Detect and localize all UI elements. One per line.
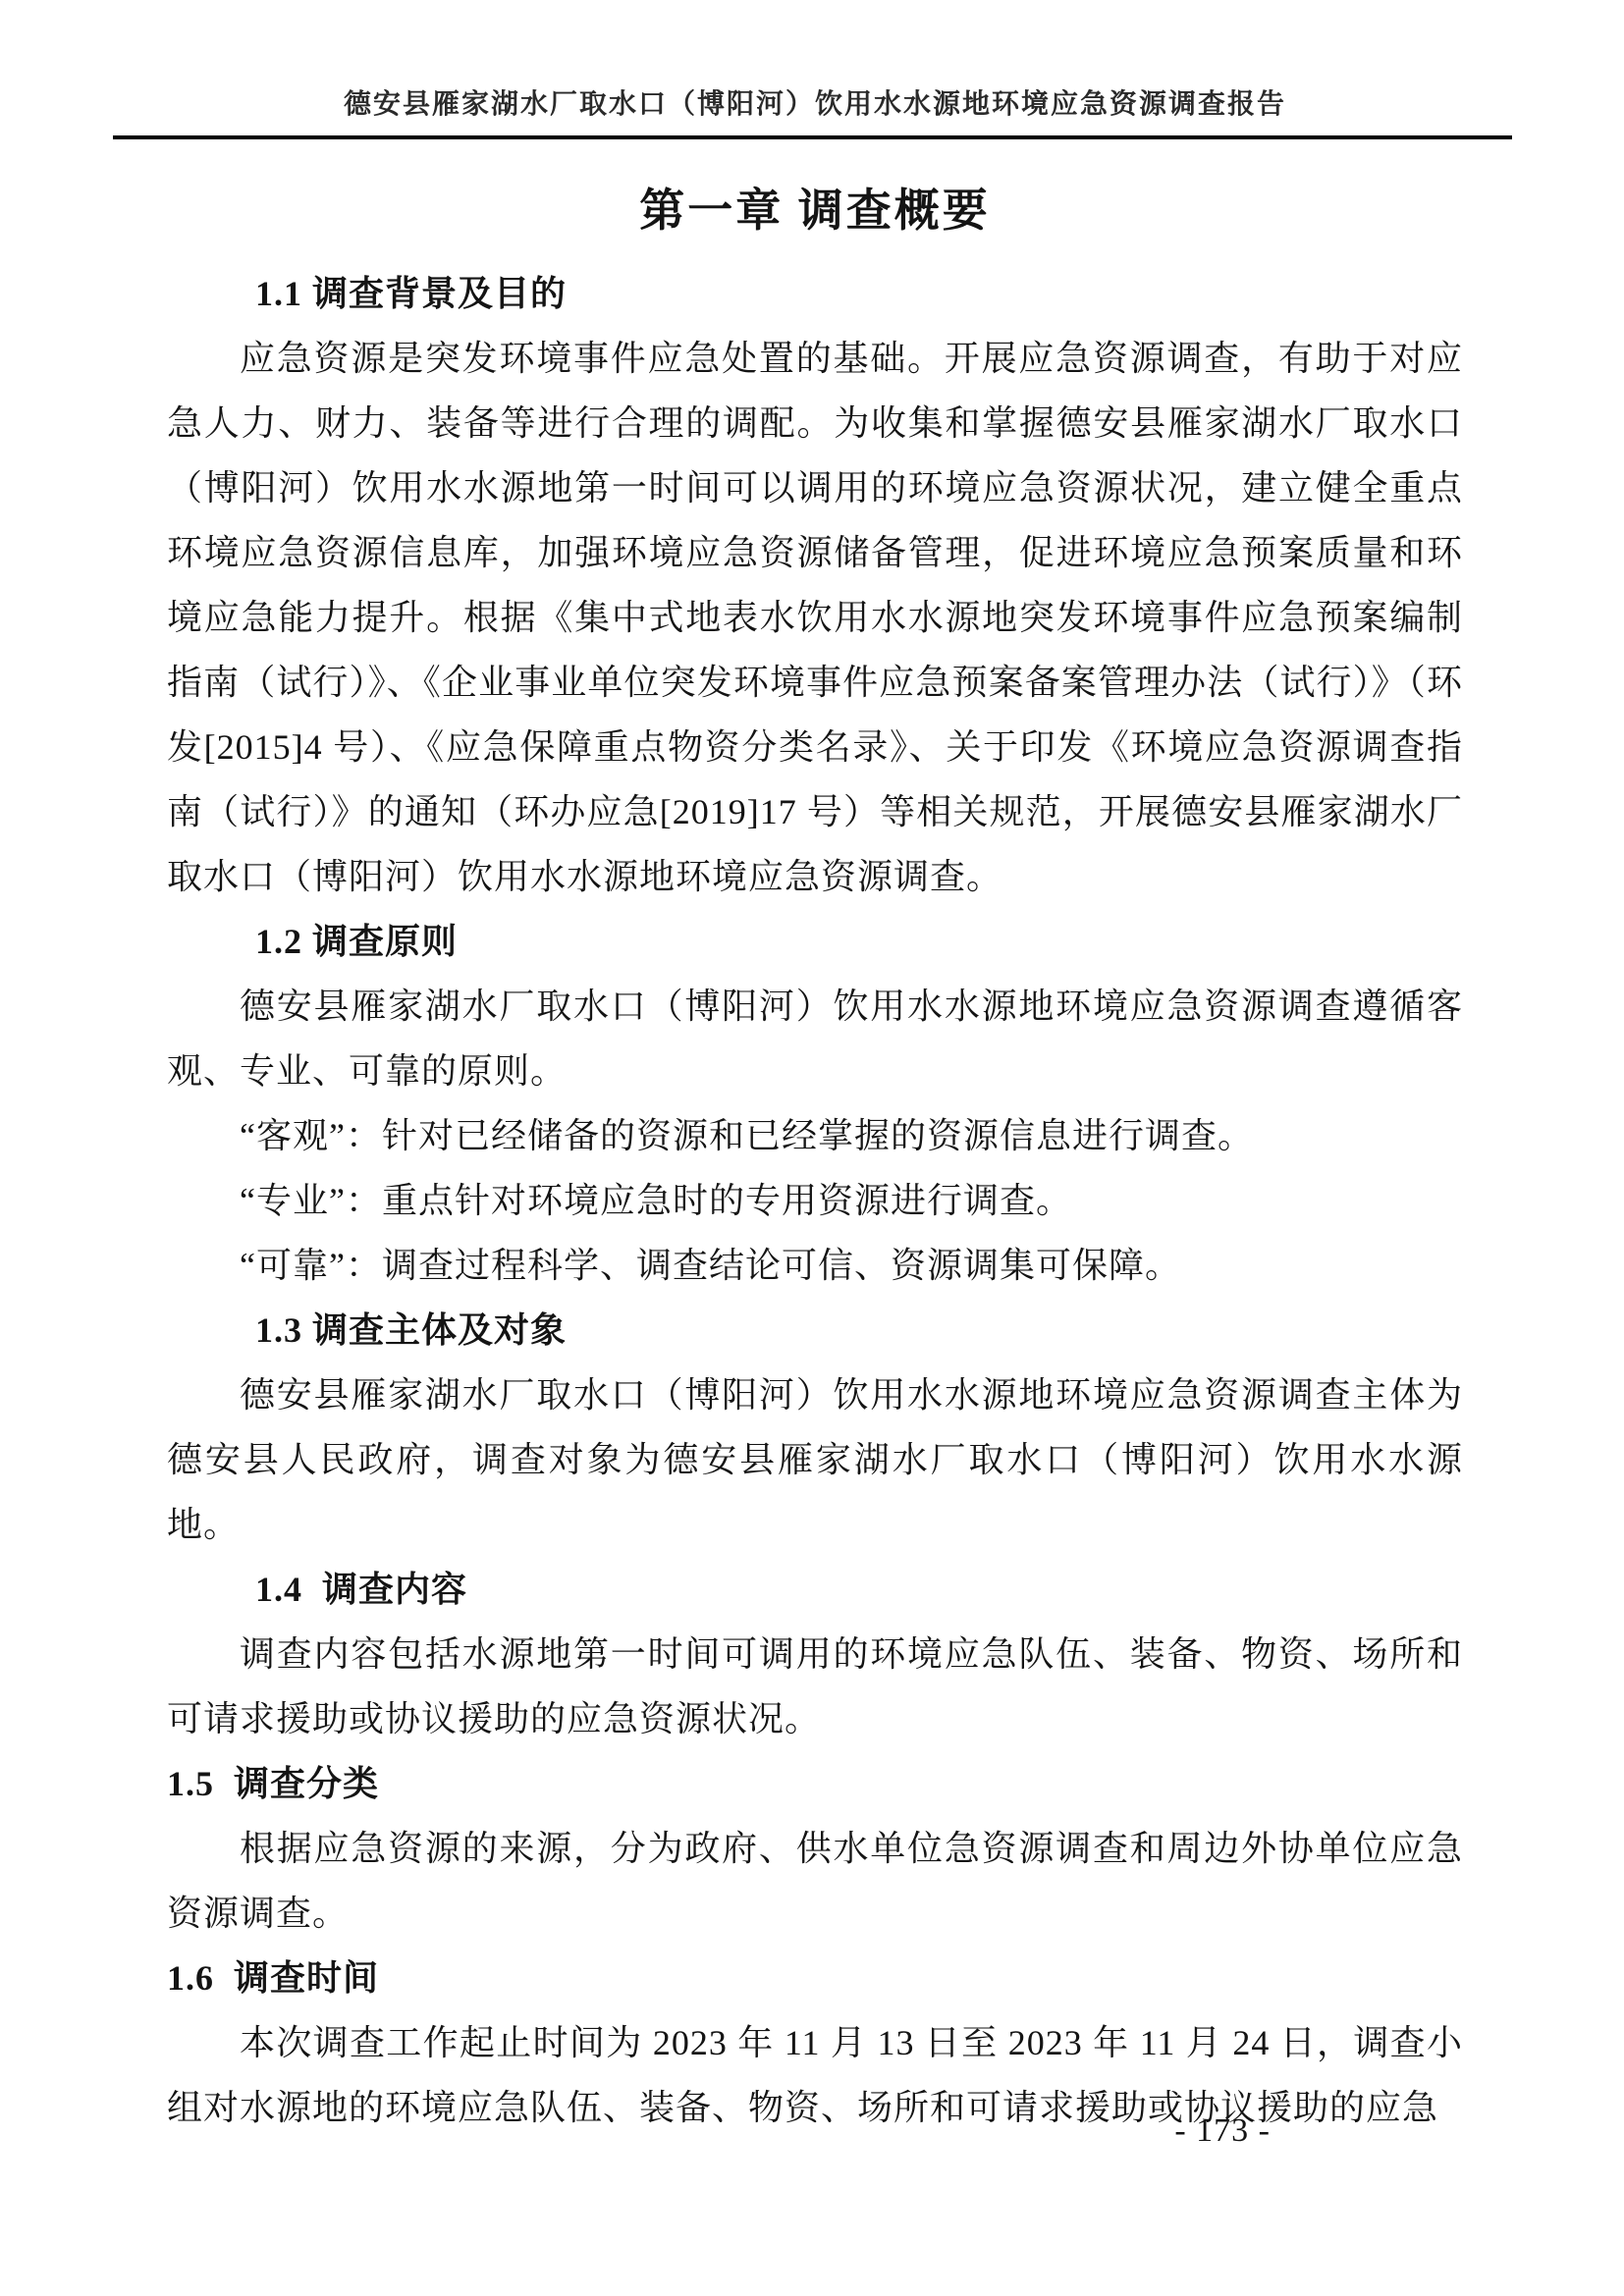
paragraph: 应急资源是突发环境事件应急处置的基础。开展应急资源调查，有助于对应急人力、财力、…	[167, 326, 1463, 909]
section-heading: 1.3 调查主体及对象	[255, 1298, 1463, 1362]
section-heading: 1.6 调查时间	[167, 1946, 1463, 2010]
section-1-3: 1.3 调查主体及对象 德安县雁家湖水厂取水口（博阳河）饮用水水源地环境应急资源…	[167, 1298, 1463, 1557]
page-header: 德安县雁家湖水厂取水口（博阳河）饮用水水源地环境应急资源调查报告	[167, 88, 1463, 139]
document-page: 德安县雁家湖水厂取水口（博阳河）饮用水水源地环境应急资源调查报告 第一章 调查概…	[0, 0, 1624, 2296]
page-number: - 173 -	[1174, 2112, 1271, 2150]
paragraph: 调查内容包括水源地第一时间可调用的环境应急队伍、装备、物资、场所和可请求援助或协…	[167, 1622, 1463, 1751]
section-heading: 1.4 调查内容	[255, 1557, 1463, 1622]
paragraph: “可靠”：调查过程科学、调查结论可信、资源调集可保障。	[167, 1233, 1463, 1298]
section-heading: 1.2 调查原则	[255, 909, 1463, 974]
document-body: 1.1 调查背景及目的 应急资源是突发环境事件应急处置的基础。开展应急资源调查，…	[167, 261, 1463, 2140]
section-heading: 1.5 调查分类	[167, 1751, 1463, 1816]
paragraph: “客观”：针对已经储备的资源和已经掌握的资源信息进行调查。	[167, 1103, 1463, 1168]
paragraph: “专业”：重点针对环境应急时的专用资源进行调查。	[167, 1168, 1463, 1233]
section-1-6: 1.6 调查时间 本次调查工作起止时间为 2023 年 11 月 13 日至 2…	[167, 1946, 1463, 2140]
section-1-1: 1.1 调查背景及目的 应急资源是突发环境事件应急处置的基础。开展应急资源调查，…	[167, 261, 1463, 909]
section-1-4: 1.4 调查内容 调查内容包括水源地第一时间可调用的环境应急队伍、装备、物资、场…	[167, 1557, 1463, 1751]
paragraph: 德安县雁家湖水厂取水口（博阳河）饮用水水源地环境应急资源调查主体为德安县人民政府…	[167, 1362, 1463, 1557]
header-divider	[113, 135, 1512, 139]
section-1-2: 1.2 调查原则 德安县雁家湖水厂取水口（博阳河）饮用水水源地环境应急资源调查遵…	[167, 909, 1463, 1298]
running-header-title: 德安县雁家湖水厂取水口（博阳河）饮用水水源地环境应急资源调查报告	[167, 88, 1463, 122]
section-heading: 1.1 调查背景及目的	[255, 261, 1463, 326]
chapter-title: 第一章 调查概要	[167, 183, 1463, 240]
paragraph: 根据应急资源的来源，分为政府、供水单位急资源调查和周边外协单位应急资源调查。	[167, 1816, 1463, 1946]
paragraph: 德安县雁家湖水厂取水口（博阳河）饮用水水源地环境应急资源调查遵循客观、专业、可靠…	[167, 974, 1463, 1103]
section-1-5: 1.5 调查分类 根据应急资源的来源，分为政府、供水单位急资源调查和周边外协单位…	[167, 1751, 1463, 1946]
